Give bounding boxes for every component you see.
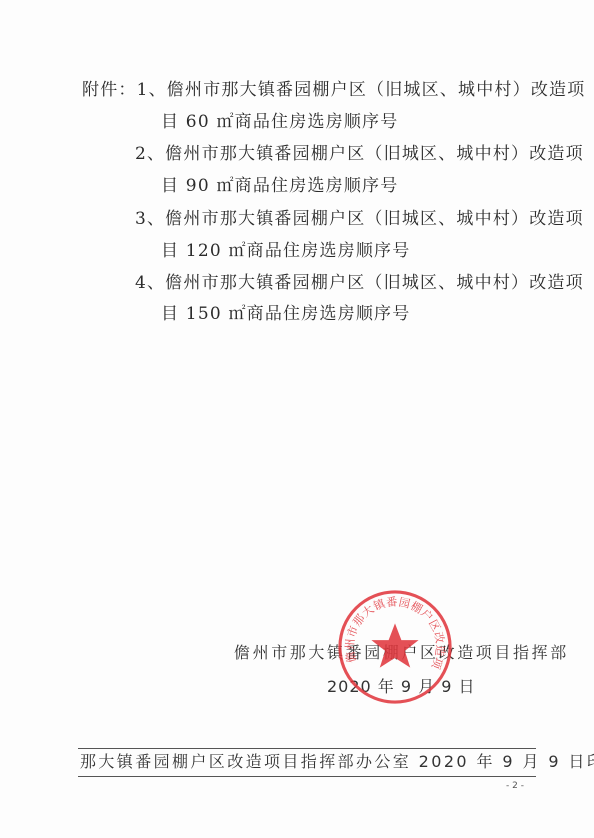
attachments-label-text: 附件：	[82, 80, 137, 100]
footer-bottom-rule	[78, 776, 536, 777]
page-number: - 2 -	[506, 781, 524, 791]
document-page: 附件：1、儋州市那大镇番园棚户区（旧城区、城中村）改造项 目 60 ㎡商品住房选…	[0, 0, 594, 838]
footer-top-rule	[78, 748, 536, 749]
attachment-4-title-line2: 目 150 ㎡商品住房选房顺序号	[161, 304, 410, 324]
attachments-label: 附件：1、儋州市那大镇番园棚户区（旧城区、城中村）改造项	[82, 80, 585, 100]
attachment-1-title-line2: 目 60 ㎡商品住房选房顺序号	[161, 112, 398, 132]
attachment-2-title-line2: 目 90 ㎡商品住房选房顺序号	[161, 176, 398, 196]
footer-issued-by: 那大镇番园棚户区改造项目指挥部办公室 2020 年 9 月 9 日印发	[80, 752, 594, 772]
attachment-4-title-line1: 儋州市那大镇番园棚户区（旧城区、城中村）改造项	[165, 273, 584, 293]
attachment-3: 3、儋州市那大镇番园棚户区（旧城区、城中村）改造项	[135, 209, 584, 229]
attachment-3-title-line2: 目 120 ㎡商品住房选房顺序号	[161, 241, 410, 261]
attachment-1-title-line1: 儋州市那大镇番园棚户区（旧城区、城中村）改造项	[167, 80, 586, 100]
attachment-3-number: 3、	[135, 209, 165, 229]
attachment-4-number: 4、	[135, 273, 165, 293]
attachment-2-number: 2、	[135, 144, 165, 164]
attachment-4: 4、儋州市那大镇番园棚户区（旧城区、城中村）改造项	[135, 273, 584, 293]
signature-organization: 儋州市那大镇番园棚户区改造项目指挥部	[234, 643, 569, 663]
signature-date: 2020 年 9 月 9 日	[327, 677, 476, 697]
attachment-3-title-line1: 儋州市那大镇番园棚户区（旧城区、城中村）改造项	[165, 209, 584, 229]
attachment-2-title-line1: 儋州市那大镇番园棚户区（旧城区、城中村）改造项	[165, 144, 584, 164]
attachment-1-number: 1、	[137, 80, 167, 100]
attachment-2: 2、儋州市那大镇番园棚户区（旧城区、城中村）改造项	[135, 144, 584, 164]
